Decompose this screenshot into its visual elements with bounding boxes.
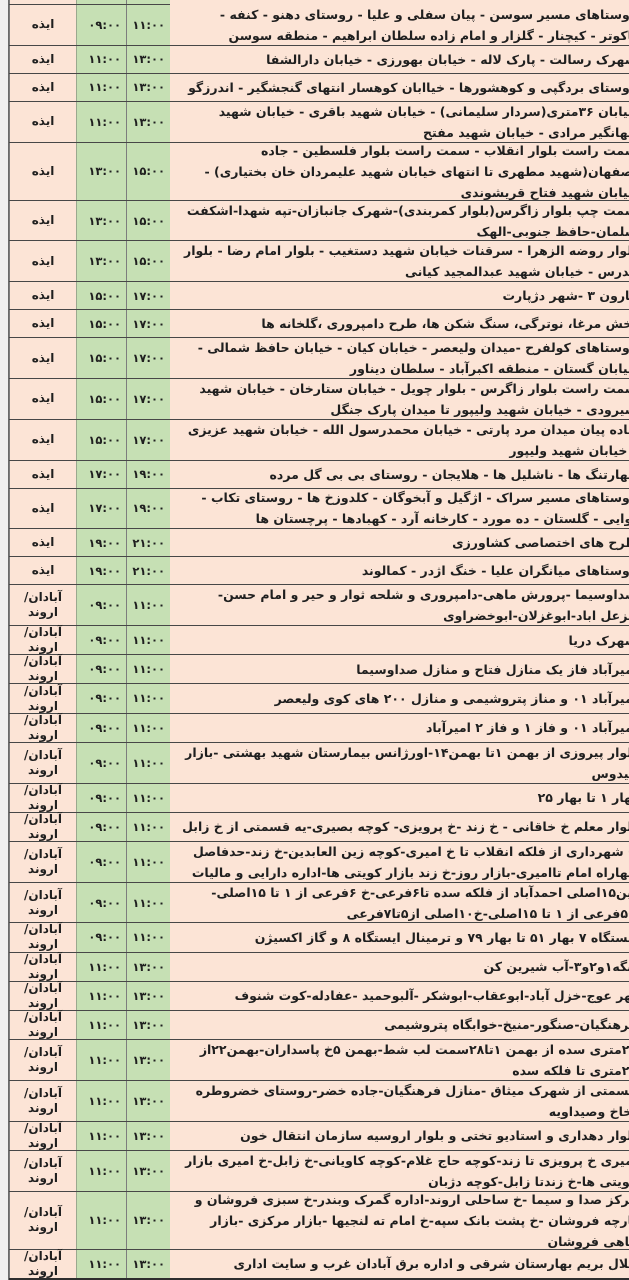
time-from-cell: ۱۱:۰۰: [76, 1040, 126, 1080]
time-from-cell: ۰۹:۰۰: [76, 585, 126, 625]
schedule-row: آبادان/اروند ۱۱:۰۰ ۱۳:۰۰ هلال بریم بهارس…: [9, 1250, 629, 1280]
description-cell: جاده پیان میدان مرد پارتی - خیابان محمدر…: [170, 420, 629, 460]
schedule-row: آبادان/اروند ۱۱:۰۰ ۱۳:۰۰ مرکز صدا و سیما…: [9, 1192, 629, 1250]
schedule-row: ایذه ۱۷:۰۰ ۱۹:۰۰ چهارتنگ ها - ناشلیل ها …: [9, 461, 629, 489]
time-to-cell: ۱۳:۰۰: [126, 1011, 170, 1039]
schedule-row: آبادان/اروند ۰۹:۰۰ ۱۱:۰۰ لین۱۵اصلی احمدآ…: [9, 883, 629, 924]
region-cell: آبادان/اروند: [9, 883, 76, 923]
time-to-cell: ۱۱:۰۰: [126, 655, 170, 683]
time-to-cell: ۱۳:۰۰: [126, 953, 170, 981]
schedule-row: آبادان/اروند ۱۱:۰۰ ۱۳:۰۰ فرهنگیان-صنگور-…: [9, 1011, 629, 1040]
description-cell: امیرآباد ۰۱ و فاز ۱ و فاز ۲ امیرآباد: [170, 714, 629, 742]
region-cell: ایذه: [9, 338, 76, 378]
region-cell: آبادان/اروند: [9, 743, 76, 783]
time-to-cell: ۱۱:۰۰: [126, 923, 170, 951]
time-from-cell: ۱۱:۰۰: [76, 1081, 126, 1121]
description-cell: شهرک رسالت - پارک لاله - خیابان بهورزی -…: [170, 46, 629, 73]
region-cell: آبادان/اروند: [9, 1250, 76, 1278]
time-from-cell: ۱۷:۰۰: [76, 489, 126, 529]
region-cell: آبادان/اروند: [9, 585, 76, 625]
region-cell: آبادان/اروند: [9, 1040, 76, 1080]
time-to-cell: ۱۷:۰۰: [126, 379, 170, 419]
region-cell: ایذه: [9, 102, 76, 142]
time-from-cell: ۰۹:۰۰: [76, 655, 126, 683]
description-cell: قسمتی از شهرک میثاق -منازل فرهنگیان-جاده…: [170, 1081, 629, 1121]
description-cell: سمت راست بلوار زاگرس - بلوار چویل - خیاب…: [170, 379, 629, 419]
region-cell: ایذه: [9, 282, 76, 309]
time-from-cell: ۰۹:۰۰: [76, 5, 126, 45]
time-to-cell: ۱۳:۰۰: [126, 1081, 170, 1121]
region-cell: ایذه: [9, 461, 76, 488]
time-to-cell: ۱۱:۰۰: [126, 5, 170, 45]
time-to-cell: ۱۵:۰۰: [126, 201, 170, 241]
time-to-cell: ۲۱:۰۰: [126, 557, 170, 584]
description-cell: امیری خ پرویزی تا زند-کوچه حاج غلام-کوچه…: [170, 1151, 629, 1191]
time-to-cell: ۱۹:۰۰: [126, 461, 170, 488]
time-to-cell: ۱۷:۰۰: [126, 282, 170, 309]
region-cell: ایذه: [9, 143, 76, 200]
time-from-cell: ۰۹:۰۰: [76, 743, 126, 783]
schedule-row: ایذه ۱۵:۰۰ ۱۷:۰۰ سمت راست بلوار زاگرس - …: [9, 379, 629, 420]
schedule-row: آبادان/اروند ۰۹:۰۰ ۱۱:۰۰ خ شهرداری از فل…: [9, 842, 629, 883]
region-cell: آبادان/اروند: [9, 1011, 76, 1039]
time-from-cell: ۱۵:۰۰: [76, 282, 126, 309]
description-cell: خ شهرداری از فلکه انقلاب تا خ امیری-کوچه…: [170, 842, 629, 882]
region-cell: ایذه: [9, 557, 76, 584]
time-from-cell: ۱۵:۰۰: [76, 420, 126, 460]
time-to-cell: ۱۱:۰۰: [126, 714, 170, 742]
schedule-row: ایذه ۱۳:۰۰ ۱۵:۰۰ سمت چپ بلوار زاگرس(بلوا…: [9, 201, 629, 242]
time-from-cell: ۰۹:۰۰: [76, 883, 126, 923]
schedule-row: ایذه ۰۹:۰۰ ۱۱:۰۰ روستاهای مسیر سوسن - پی…: [9, 5, 629, 46]
schedule-row: ایذه ۱۱:۰۰ ۱۳:۰۰ روستای بردگپی و کوهشوره…: [9, 74, 629, 102]
region-cell: ایذه: [9, 46, 76, 73]
region-cell: آبادان/اروند: [9, 813, 76, 841]
region-cell: آبادان/اروند: [9, 626, 76, 654]
description-cell: کارون ۳ -شهر دژپارت: [170, 282, 629, 309]
region-cell: ایذه: [9, 201, 76, 241]
description-cell: فرهنگیان-صنگور-منیخ-خوابگاه پتروشیمی: [170, 1011, 629, 1039]
description-cell: روستاهای مسیر سوسن - پیان سفلی و علیا - …: [170, 5, 629, 45]
description-cell: ایستگاه ۷ بهار ۵۱ تا بهار ۷۹ و ترمینال ا…: [170, 923, 629, 951]
time-to-cell: ۱۵:۰۰: [126, 143, 170, 200]
schedule-row: ایذه ۱۵:۰۰ ۱۷:۰۰ بخش مرغا، نوترگی، سنگ ش…: [9, 310, 629, 338]
description-cell: شهرک دریا: [170, 626, 629, 654]
time-to-cell: ۱۳:۰۰: [126, 74, 170, 101]
schedule-row: ایذه ۱۱:۰۰ ۱۳:۰۰ شهرک رسالت - پارک لاله …: [9, 46, 629, 74]
time-from-cell: ۱۵:۰۰: [76, 379, 126, 419]
region-cell: ایذه: [9, 379, 76, 419]
time-to-cell: ۱۳:۰۰: [126, 1122, 170, 1150]
outage-schedule-table: ایذه ۰۹:۰۰ ۱۱:۰۰ روستاهای مسیر سوسن - پی…: [9, 0, 629, 1280]
description-cell: بهار ۱ تا بهار ۲۵: [170, 784, 629, 812]
description-cell: بلوار روضه الزهرا - سرقنات خیابان شهید د…: [170, 241, 629, 281]
time-from-cell: ۱۱:۰۰: [76, 46, 126, 73]
time-from-cell: ۰۹:۰۰: [76, 684, 126, 712]
time-from-cell: ۱۱:۰۰: [76, 1250, 126, 1278]
time-to-cell: ۱۹:۰۰: [126, 489, 170, 529]
time-from-cell: ۱۳:۰۰: [76, 201, 126, 241]
time-from-cell: ۰۹:۰۰: [76, 626, 126, 654]
schedule-row: آبادان/اروند ۰۹:۰۰ ۱۱:۰۰ شهرک دریا: [9, 626, 629, 655]
region-cell: آبادان/اروند: [9, 1192, 76, 1249]
time-from-cell: ۰۹:۰۰: [76, 923, 126, 951]
schedule-row: آبادان/اروند ۰۹:۰۰ ۱۱:۰۰ بلوار پیروزی از…: [9, 743, 629, 784]
time-from-cell: ۱۵:۰۰: [76, 310, 126, 337]
schedule-row: آبادان/اروند ۰۹:۰۰ ۱۱:۰۰ امیرآباد ۰۱ و ف…: [9, 714, 629, 743]
region-cell: [9, 0, 76, 4]
region-cell: آبادان/اروند: [9, 655, 76, 683]
description-cell: مرکز صدا و سیما -خ ساحلی اروند-اداره گمر…: [170, 1192, 629, 1249]
time-from-cell: ۰۹:۰۰: [76, 714, 126, 742]
region-cell: ایذه: [9, 420, 76, 460]
description-cell: امیرآباد فاز یک منازل فتاح و منازل صداوس…: [170, 655, 629, 683]
schedule-row: ایذه ۱۹:۰۰ ۲۱:۰۰ طرح های اختصاصی کشاورزی: [9, 529, 629, 557]
region-cell: آبادان/اروند: [9, 923, 76, 951]
description-cell: روستاهای مسیر سراک - اژگیل و آبخوگان - ک…: [170, 489, 629, 529]
time-from-cell: ۱۵:۰۰: [76, 338, 126, 378]
schedule-row: آبادان/اروند ۰۹:۰۰ ۱۱:۰۰ بلوار معلم خ خا…: [9, 813, 629, 842]
time-from-cell: ۱۹:۰۰: [76, 529, 126, 556]
region-cell: ایذه: [9, 489, 76, 529]
schedule-row: آبادان/اروند ۱۱:۰۰ ۱۳:۰۰ امیری خ پرویزی …: [9, 1151, 629, 1192]
region-cell: ایذه: [9, 529, 76, 556]
time-from-cell: ۱۱:۰۰: [76, 1122, 126, 1150]
region-cell: آبادان/اروند: [9, 1151, 76, 1191]
time-from-cell: ۰۹:۰۰: [76, 813, 126, 841]
outage-schedule-page: ایذه ۰۹:۰۰ ۱۱:۰۰ روستاهای مسیر سوسن - پی…: [0, 0, 629, 1280]
description-cell: سمت چپ بلوار زاگرس(بلوار کمربندی)-شهرک ج…: [170, 201, 629, 241]
description-cell: هلال بریم بهارستان شرقی و اداره برق آباد…: [170, 1250, 629, 1278]
schedule-row: ایذه ۱۷:۰۰ ۱۹:۰۰ روستاهای مسیر سراک - اژ…: [9, 489, 629, 530]
time-from-cell: ۱۱:۰۰: [76, 953, 126, 981]
time-to-cell: [126, 0, 170, 4]
description-cell: خیابان ۳۶متری(سردار سلیمانی) - خیابان شه…: [170, 102, 629, 142]
time-to-cell: ۱۳:۰۰: [126, 46, 170, 73]
time-from-cell: ۰۹:۰۰: [76, 784, 126, 812]
description-cell: ۲۰متری سده از بهمن ۱تا۲۸سمت لب شط-بهمن ۵…: [170, 1040, 629, 1080]
description-cell: بخش مرغا، نوترگی، سنگ شکن ها، طرح دامپرو…: [170, 310, 629, 337]
time-from-cell: ۱۳:۰۰: [76, 143, 126, 200]
time-from-cell: ۰۹:۰۰: [76, 842, 126, 882]
schedule-row: ایذه ۱۳:۰۰ ۱۵:۰۰ سمت راست بلوار انقلاب -…: [9, 143, 629, 201]
description-cell: بلوار پیروزی از بهمن ۱تا بهمن۱۴-اورژانس …: [170, 743, 629, 783]
schedule-row: آبادان/اروند ۱۱:۰۰ ۱۳:۰۰ نهر عوج-خزل آبا…: [9, 982, 629, 1011]
region-cell: ایذه: [9, 310, 76, 337]
time-from-cell: ۱۷:۰۰: [76, 461, 126, 488]
time-to-cell: ۱۷:۰۰: [126, 420, 170, 460]
schedule-row: آبادان/اروند ۱۱:۰۰ ۱۳:۰۰ بلوار دهداری و …: [9, 1122, 629, 1151]
description-cell: روستاهای کولفرح -میدان ولیعصر - خیابان ک…: [170, 338, 629, 378]
region-cell: آبادان/اروند: [9, 1122, 76, 1150]
time-to-cell: ۱۱:۰۰: [126, 813, 170, 841]
schedule-row: ایذه ۱۵:۰۰ ۱۷:۰۰ روستاهای کولفرح -میدان …: [9, 338, 629, 379]
description-cell: روستاهای میانگران علیا - خنگ اژدر - کمال…: [170, 557, 629, 584]
region-cell: ایذه: [9, 5, 76, 45]
schedule-row: ایذه ۱۹:۰۰ ۲۱:۰۰ روستاهای میانگران علیا …: [9, 557, 629, 585]
time-to-cell: ۱۷:۰۰: [126, 338, 170, 378]
time-from-cell: ۱۱:۰۰: [76, 1151, 126, 1191]
region-cell: آبادان/اروند: [9, 982, 76, 1010]
time-to-cell: ۱۱:۰۰: [126, 784, 170, 812]
time-to-cell: ۱۳:۰۰: [126, 1151, 170, 1191]
description-cell: نهر عوج-خزل آباد-ابوعقاب-ابوشکر -آلبوحمی…: [170, 982, 629, 1010]
region-cell: آبادان/اروند: [9, 842, 76, 882]
schedule-row: ایذه ۱۵:۰۰ ۱۷:۰۰ جاده پیان میدان مرد پار…: [9, 420, 629, 461]
region-cell: ایذه: [9, 74, 76, 101]
time-from-cell: ۱۱:۰۰: [76, 1011, 126, 1039]
description-cell: بلوار معلم خ خاقانی - خ زند -خ پرویزی- ک…: [170, 813, 629, 841]
schedule-row: آبادان/اروند ۰۹:۰۰ ۱۱:۰۰ ایستگاه ۷ بهار …: [9, 923, 629, 952]
region-cell: ایذه: [9, 241, 76, 281]
time-from-cell: ۱۱:۰۰: [76, 74, 126, 101]
time-to-cell: ۱۱:۰۰: [126, 626, 170, 654]
time-to-cell: ۱۵:۰۰: [126, 241, 170, 281]
description-cell: سمت راست بلوار انقلاب - سمت راست بلوار ف…: [170, 143, 629, 200]
description-cell: بلوار دهداری و استادیو تختی و بلوار اروس…: [170, 1122, 629, 1150]
time-to-cell: ۱۱:۰۰: [126, 684, 170, 712]
time-from-cell: ۱۹:۰۰: [76, 557, 126, 584]
region-cell: آبادان/اروند: [9, 784, 76, 812]
time-to-cell: ۱۱:۰۰: [126, 883, 170, 923]
time-from-cell: ۱۱:۰۰: [76, 1192, 126, 1249]
time-to-cell: ۱۳:۰۰: [126, 102, 170, 142]
time-to-cell: ۱۳:۰۰: [126, 1040, 170, 1080]
region-cell: آبادان/اروند: [9, 714, 76, 742]
time-to-cell: ۱۳:۰۰: [126, 982, 170, 1010]
time-to-cell: ۱۱:۰۰: [126, 842, 170, 882]
time-to-cell: ۱۱:۰۰: [126, 743, 170, 783]
schedule-row: آبادان/اروند ۰۹:۰۰ ۱۱:۰۰ امیرآباد ۰۱ و م…: [9, 684, 629, 713]
schedule-row: آبادان/اروند ۰۹:۰۰ ۱۱:۰۰ امیرآباد فاز یک…: [9, 655, 629, 684]
time-from-cell: ۱۱:۰۰: [76, 982, 126, 1010]
schedule-row: آبادان/اروند ۰۹:۰۰ ۱۱:۰۰ بهار ۱ تا بهار …: [9, 784, 629, 813]
time-to-cell: ۲۱:۰۰: [126, 529, 170, 556]
schedule-row: آبادان/اروند ۱۱:۰۰ ۱۳:۰۰ قسمتی از شهرک م…: [9, 1081, 629, 1122]
description-cell: تنگه۱و۲و۳-آب شیرین کن: [170, 953, 629, 981]
sheet-left-margin: [0, 0, 9, 1280]
schedule-row: ایذه ۱۱:۰۰ ۱۳:۰۰ خیابان ۳۶متری(سردار سلی…: [9, 102, 629, 143]
schedule-row: آبادان/اروند ۱۱:۰۰ ۱۳:۰۰ ۲۰متری سده از ب…: [9, 1040, 629, 1081]
time-to-cell: ۱۳:۰۰: [126, 1192, 170, 1249]
time-to-cell: ۱۱:۰۰: [126, 585, 170, 625]
region-cell: آبادان/اروند: [9, 1081, 76, 1121]
description-cell: لین۱۵اصلی احمدآباد از فلکه سده تا۶فرعی-خ…: [170, 883, 629, 923]
time-from-cell: ۱۳:۰۰: [76, 241, 126, 281]
description-cell: امیرآباد ۰۱ و مناز پتروشیمی و منازل ۲۰۰ …: [170, 684, 629, 712]
description-cell: روستای بردگپی و کوهشورها - خیاابان کوهسا…: [170, 74, 629, 101]
schedule-row: ایذه ۱۳:۰۰ ۱۵:۰۰ بلوار روضه الزهرا - سرق…: [9, 241, 629, 282]
time-to-cell: ۱۳:۰۰: [126, 1250, 170, 1278]
description-cell: صداوسیما -پرورش ماهی-دامپروری و شلحه ثوا…: [170, 585, 629, 625]
time-from-cell: [76, 0, 126, 4]
region-cell: آبادان/اروند: [9, 684, 76, 712]
time-to-cell: ۱۷:۰۰: [126, 310, 170, 337]
schedule-row: ایذه ۱۵:۰۰ ۱۷:۰۰ کارون ۳ -شهر دژپارت: [9, 282, 629, 310]
description-cell: چهارتنگ ها - ناشلیل ها - هلایجان - روستا…: [170, 461, 629, 488]
description-cell: طرح های اختصاصی کشاورزی: [170, 529, 629, 556]
schedule-row: آبادان/اروند ۰۹:۰۰ ۱۱:۰۰ صداوسیما -پرورش…: [9, 585, 629, 626]
time-from-cell: ۱۱:۰۰: [76, 102, 126, 142]
schedule-row: آبادان/اروند ۱۱:۰۰ ۱۳:۰۰ تنگه۱و۲و۳-آب شی…: [9, 953, 629, 982]
region-cell: آبادان/اروند: [9, 953, 76, 981]
